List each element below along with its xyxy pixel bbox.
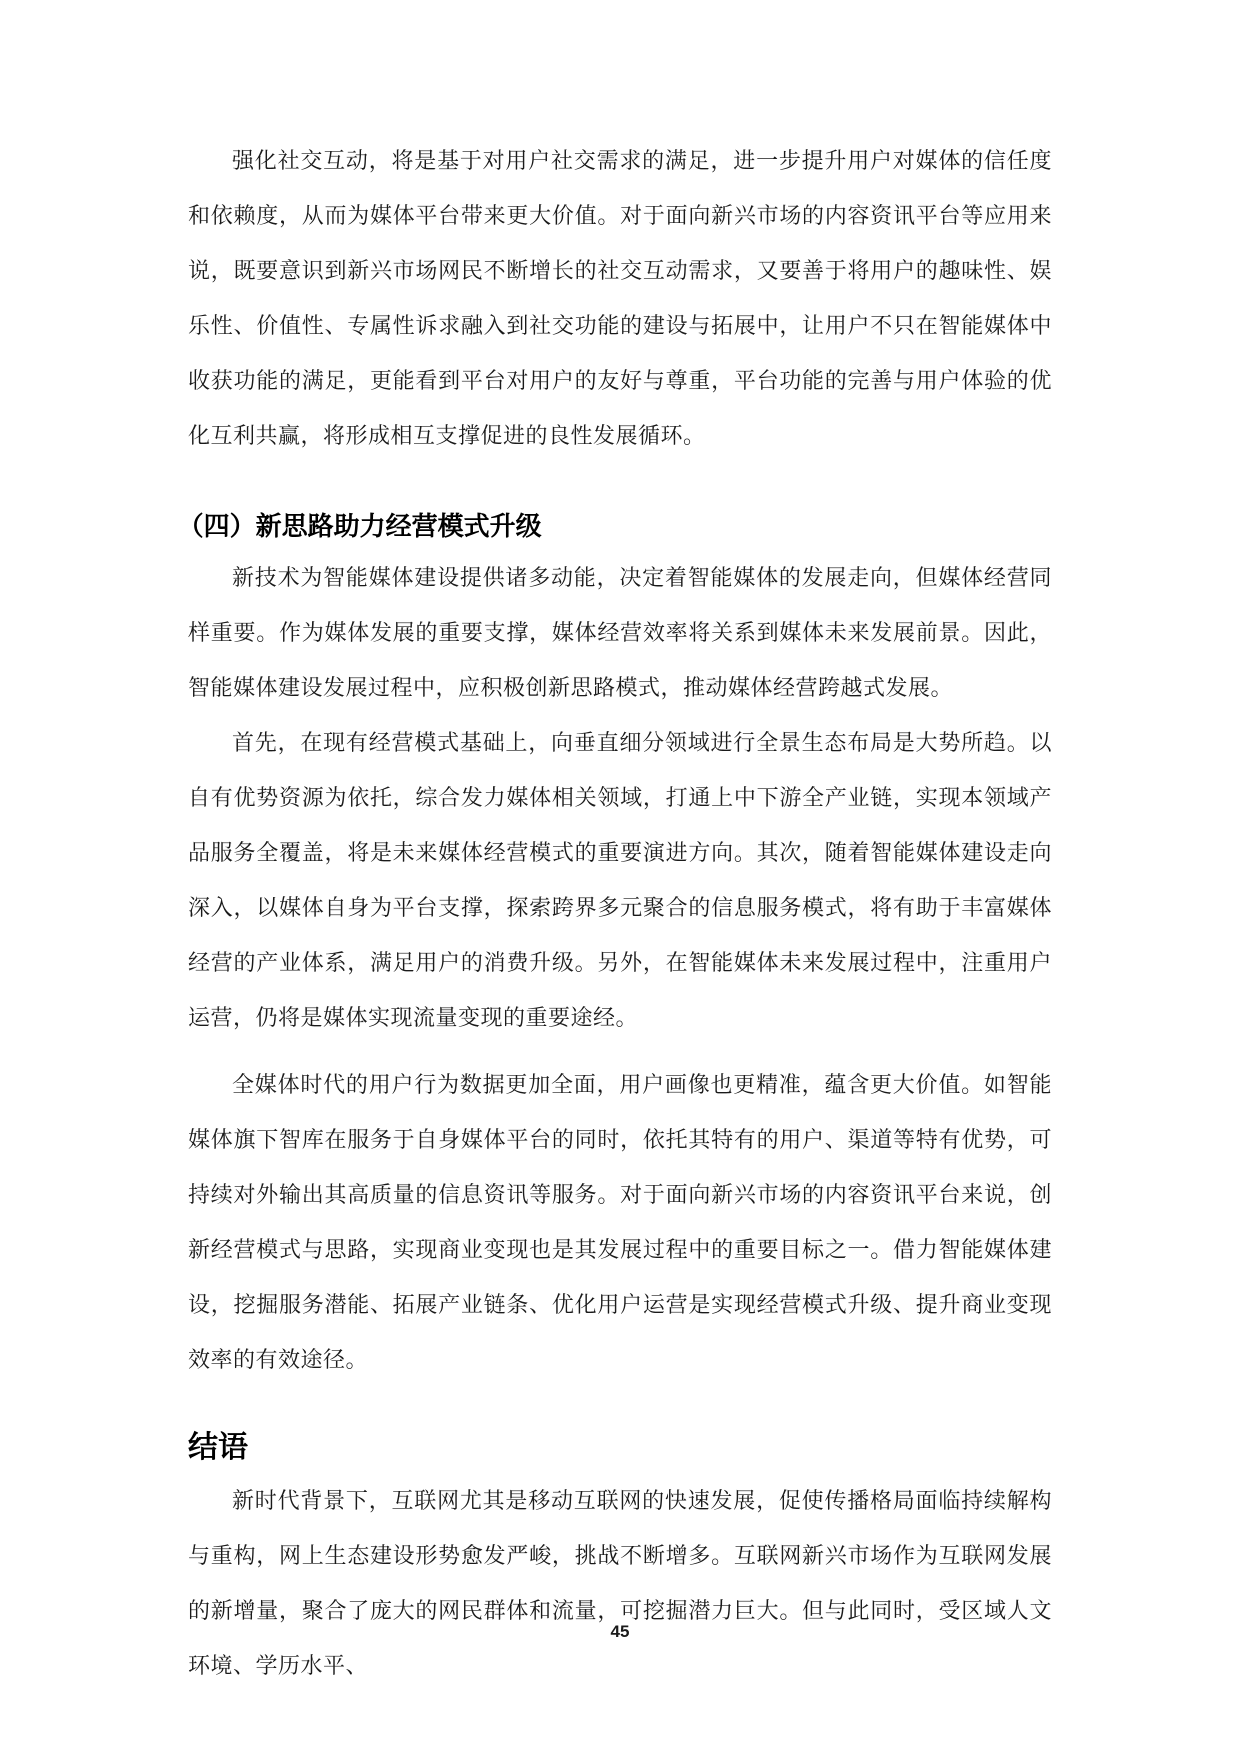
paragraph-new-tech-momentum: 新技术为智能媒体建设提供诸多动能，决定着智能媒体的发展走向，但媒体经营同样重要。… [188,550,1052,715]
heading-section-4-new-thinking: （四）新思路助力经营模式升级 [178,508,1052,544]
paragraph-social-interaction: 强化社交互动，将是基于对用户社交需求的满足，进一步提升用户对媒体的信任度和依赖度… [188,133,1052,463]
heading-conclusion: 结语 [188,1427,1052,1469]
page-number: 45 [611,1622,630,1641]
paragraph-business-model-evolution: 首先，在现有经营模式基础上，向垂直细分领域进行全景生态布局是大势所趋。以自有优势… [188,715,1052,1045]
document-body: 强化社交互动，将是基于对用户社交需求的满足，进一步提升用户对媒体的信任度和依赖度… [188,133,1052,1693]
page-footer: 45 [0,1622,1240,1642]
paragraph-user-data-value: 全媒体时代的用户行为数据更加全面，用户画像也更精准，蕴含更大价值。如智能媒体旗下… [188,1057,1052,1387]
document-page: 强化社交互动，将是基于对用户社交需求的满足，进一步提升用户对媒体的信任度和依赖度… [0,0,1240,1754]
paragraph-conclusion-intro: 新时代背景下，互联网尤其是移动互联网的快速发展，促使传播格局面临持续解构与重构，… [188,1473,1052,1693]
